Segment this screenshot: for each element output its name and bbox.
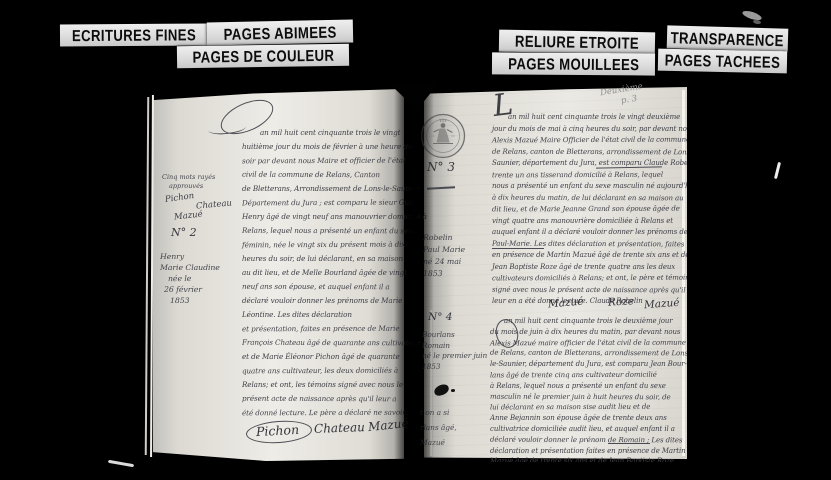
correction-note: Cinq mots rayés — [162, 173, 215, 182]
ink-underline — [608, 443, 650, 444]
handwritten-line: Marie Claudine — [160, 262, 220, 273]
handwritten-line: cultivateurs domiciliés à Relans; et ont… — [492, 273, 688, 285]
handwritten-line: neuf ans son épouse, et auquel enfant il… — [242, 280, 408, 295]
handwritten-line: 26 février — [164, 284, 220, 295]
handwritten-line: 1853 — [170, 295, 220, 306]
handwritten-line: à dix heures du matin, de lui déclarant … — [492, 192, 688, 204]
handwritten-line: heures du soir, de lui déclarant, en sa … — [242, 252, 408, 266]
condition-label-reliure-etroite: RELIURE ETROITE — [499, 30, 655, 55]
margin-child-note: HenryMarie Claudinenée le26 février1853 — [160, 251, 220, 306]
handwritten-line: Relans, lequel nous a présenté un enfant… — [242, 224, 408, 239]
signature: Chateau — [314, 420, 365, 436]
condition-label-ecritures-fines: ECRITURES FINES — [60, 23, 208, 46]
act-body: an mil huit cent cinquante trois le ving… — [492, 112, 688, 308]
handwritten-line: le-Saunier, département du Jura, est com… — [490, 359, 688, 370]
act-number: N° 2 — [171, 226, 197, 239]
handwritten-line: jour du mois de mai à cinq heures du soi… — [492, 124, 688, 136]
handwritten-line: quatre ans cultivateur, les deux domicil… — [242, 364, 408, 379]
act-body: an mil huit cent cinquante trois le ving… — [242, 126, 408, 420]
handwritten-line: née le — [168, 273, 220, 284]
handwritten-line: Jean Baptiste Roze âgé de trente quatre … — [492, 262, 688, 274]
handwritten-line: soir par devant nous Maire et officier d… — [242, 154, 408, 169]
handwritten-line: civil de la commune de Relans, Canton — [242, 168, 408, 183]
correction-note: approuvés — [169, 182, 203, 191]
condition-label-text: PAGES DE COULEUR — [192, 46, 334, 66]
handwritten-line: Anne Bejannin son épouse âgée de trente … — [490, 413, 688, 424]
handwritten-line: lans âgé de trente cinq ans cultivateur … — [490, 370, 688, 382]
condition-label-pages-de-couleur: PAGES DE COULEUR — [177, 44, 349, 68]
condition-label-text: PAGES ABIMEES — [223, 22, 336, 43]
handwritten-line: vingt quatre ans manouvrière domiciliée … — [492, 216, 688, 228]
handwritten-line: trente un ans tisserand domicilié à Rela… — [492, 169, 688, 181]
condition-label-text: TRANSPARENCE — [671, 28, 785, 49]
handwritten-line: présent acte de naissance après qu'il le… — [242, 392, 408, 407]
handwritten-line: Léontine. Les dites déclaration — [242, 308, 408, 322]
handwritten-line: cultivatrice domiciliée audit lieu, et a… — [490, 424, 688, 435]
signature: Pichon — [256, 422, 300, 439]
handwritten-line: lui déclarant en sa maison sise audit li… — [490, 402, 688, 414]
page-gutter — [394, 84, 434, 462]
handwritten-line: et présentation, faites en présence de M… — [242, 322, 408, 337]
handwritten-line: de Bletterans, Arrondissement de Lons-le… — [242, 182, 408, 196]
handwritten-line: déclaré vouloir donner le prénom de Roma… — [490, 434, 688, 445]
condition-label-text: PAGES MOUILLEES — [508, 54, 639, 73]
handwritten-line: à Relans, lequel nous a présenté un enfa… — [490, 381, 688, 392]
handwritten-line: Henry — [160, 251, 220, 262]
signature: Mazué — [644, 297, 680, 311]
handwritten-line: au dit lieu, et de Melle Bourland âgée d… — [242, 266, 408, 280]
handwritten-line: du mois de juin à dix heures du matin, p… — [490, 327, 688, 338]
handwritten-line: Relans; et ont, les témoins signé avec n… — [242, 378, 408, 392]
condition-label-transparence: TRANSPARENCE — [667, 25, 789, 51]
handwritten-line: déclaration et présentation faites en pr… — [490, 446, 688, 457]
ink-blot — [451, 389, 455, 392]
handwritten-line: an mil huit cent cinquante trois le ving… — [508, 112, 688, 124]
handwritten-line: déclaré vouloir donner les prénoms de Ma… — [242, 294, 408, 308]
condition-label-text: RELIURE ETROITE — [515, 32, 639, 52]
condition-label-pages-abimees: PAGES ABIMEES — [207, 19, 353, 45]
handwritten-line: Département du Jura ; est comparu le sie… — [242, 196, 408, 211]
handwritten-line: de Relans, canton de Bletterans, arrondi… — [490, 348, 688, 359]
handwritten-line: huitième jour du mois de février à une h… — [242, 140, 408, 154]
condition-label-pages-tachees: PAGES TACHEES — [658, 49, 787, 74]
condition-label-pages-mouillees: PAGES MOUILLEES — [492, 52, 655, 75]
handwritten-line: auquel enfant il a déclaré vouloir donne… — [492, 227, 688, 239]
register-scan: ECRITURES FINES PAGES ABIMEES PAGES DE C… — [0, 0, 831, 480]
act-body: an mil huit cent cinquante trois le deux… — [490, 316, 688, 467]
handwritten-line: Saunier, département du Jura, est compar… — [492, 158, 688, 170]
handwritten-line: et de Marie Éléonor Pichon âgé de quaran… — [242, 350, 408, 364]
handwritten-line: an mil huit cent cinquante trois le ving… — [260, 126, 408, 140]
handwritten-line: en présence de Martin Mazué âgé de trent… — [492, 250, 688, 262]
condition-label-text: PAGES TACHEES — [665, 51, 781, 72]
ink-underline — [492, 248, 544, 249]
signature: Roze — [608, 295, 635, 308]
handwritten-line: dit lieu, et de Marie Jeanne Grand son é… — [492, 204, 688, 216]
handwritten-line: féminin, née le vingt six du présent moi… — [242, 238, 408, 253]
handwritten-line: François Chateau âgé de quarante ans cul… — [242, 336, 408, 351]
handwritten-line: Alexis Mazué Maire Officier de l'état ci… — [492, 135, 688, 147]
handwritten-line: nous a présenté un enfant du sexe mascul… — [492, 181, 688, 193]
handwritten-line: signé avec nous le présent acte de naiss… — [492, 284, 688, 296]
handwritten-line: de Relans, canton de Bletterans, arrondi… — [492, 146, 688, 158]
handwritten-line: an mil huit cent cinquante trois le deux… — [504, 316, 688, 327]
condition-label-text: ECRITURES FINES — [72, 25, 196, 44]
handwritten-line: Henry âgé de vingt neuf ans manouvrier d… — [242, 210, 408, 224]
page-edge-line — [145, 97, 149, 455]
